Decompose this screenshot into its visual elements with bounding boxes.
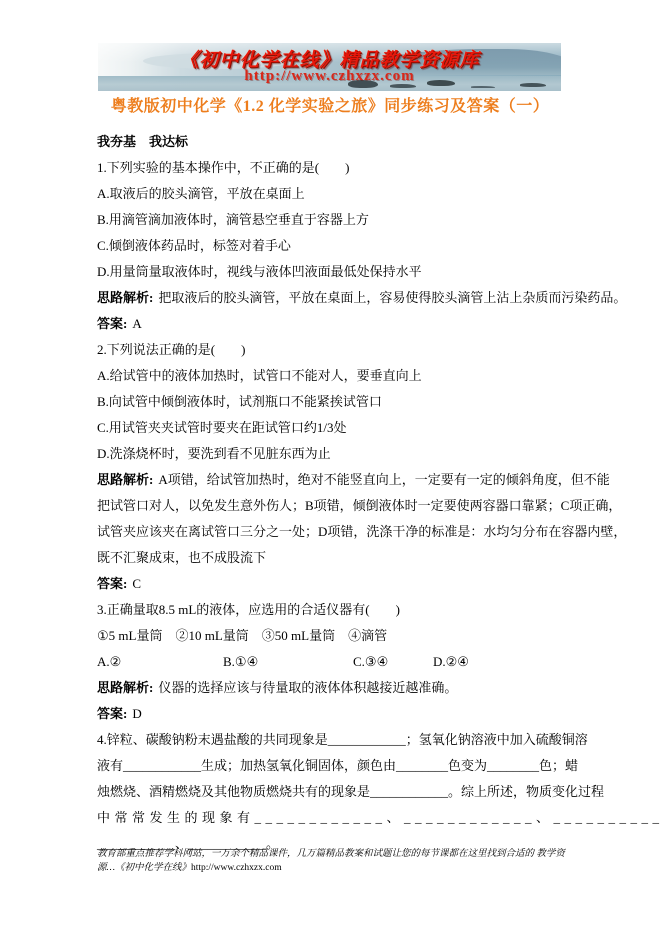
section-heading: 我夯基 我达标 [97,129,565,155]
labeled-line-text: A项错，给试管加热时，绝对不能竖直向上，一定要有一定的倾斜角度，但不能 [158,472,609,487]
bold-label: 答案: [97,706,127,721]
bold-label: 思路解析: [97,680,153,695]
footer-url[interactable]: http://www.czhxzx.com [191,863,282,873]
footer-text-line1: 教育部重点推荐学科网站，一万余个精品课件，几万篇精品教案和试题让您的每节课都在这… [97,849,534,859]
text-line: D.洗涤烧杯时，要洗到看不见脏东西为止 [97,441,565,467]
text-line: C.倾倒液体药品时，标签对着手心 [97,233,565,259]
labeled-line-text: 把取液后的胶头滴管，平放在桌面上，容易使得胶头滴管上沾上杂质而污染药品。 [158,290,626,305]
footer-note: 教育部重点推荐学科网站，一万余个精品课件，几万篇精品教案和试题让您的每节课都在这… [97,847,569,875]
labeled-line: 思路解析:仪器的选择应该与待量取的液体体积越接近越准确。 [97,675,565,701]
labeled-line: 思路解析:A项错，给试管加热时，绝对不能竖直向上，一定要有一定的倾斜角度，但不能 [97,467,565,493]
labeled-line: 思路解析:把取液后的胶头滴管，平放在桌面上，容易使得胶头滴管上沾上杂质而污染药品… [97,285,565,311]
text-line: 4.锌粒、碳酸钠粉末遇盐酸的共同现象是____________；氢氧化钠溶液中加… [97,727,565,753]
text-line: A.取液后的胶头滴管，平放在桌面上 [97,181,565,207]
options-row: A.②B.①④C.③④D.②④ [97,649,565,675]
text-line: 3.正确量取8.5 mL的液体，应选用的合适仪器有( ) [97,597,565,623]
document-page: 《初中化学在线》精品教学资源库 http://www.czhxzx.com 粤教… [0,0,661,935]
page-title: 粤教版初中化学《1.2 化学实验之旅》同步练习及答案（一） [80,93,580,116]
option-choice: A.② [97,649,121,675]
labeled-line: 答案:D [97,701,565,727]
bold-label: 思路解析: [97,472,153,487]
bold-label: 思路解析: [97,290,153,305]
text-line: 1.下列实验的基本操作中，不正确的是( ) [97,155,565,181]
text-line: ①5 mL量筒 ②10 mL量筒 ③50 mL量筒 ④滴管 [97,623,565,649]
text-line: B.向试管中倾倒液体时，试剂瓶口不能紧挨试管口 [97,389,565,415]
banner-site-url[interactable]: http://www.czhxzx.com [98,68,561,85]
bold-label: 答案: [97,576,127,591]
text-line: D.用量筒量取液体时，视线与液体凹液面最低处保持水平 [97,259,565,285]
labeled-line-text: C [132,576,141,591]
option-choice: D.②④ [433,649,469,675]
text-line: 中常常发生的现象有____________、____________、_____… [97,805,565,831]
text-line: A.给试管中的液体加热时，试管口不能对人，要垂直向上 [97,363,565,389]
text-line: C.用试管夹夹试管时要夹在距试管口约1/3处 [97,415,565,441]
worksheet-body: 我夯基 我达标1.下列实验的基本操作中，不正确的是( )A.取液后的胶头滴管，平… [97,129,565,857]
option-choice: C.③④ [353,649,388,675]
text-line: 把试管口对人，以免发生意外伤人；B项错，倾倒液体时一定要使两容器口靠紧；C项正确… [97,493,565,519]
text-line: 既不汇聚成束，也不成股流下 [97,545,565,571]
labeled-line: 答案:C [97,571,565,597]
text-line: 烛燃烧、酒精燃烧及其他物质燃烧共有的现象是____________。综上所述，物… [97,779,565,805]
labeled-line-text: D [132,706,141,721]
option-choice: B.①④ [223,649,258,675]
text-line: 试管夹应该夹在离试管口三分之一处；D项错，洗涤干净的标准是：水均匀分布在容器内壁… [97,519,565,545]
labeled-line: 答案:A [97,311,565,337]
labeled-line-text: A [132,316,141,331]
bold-label: 答案: [97,316,127,331]
text-line: 液有____________生成；加热氢氧化铜固体，颜色由________色变为… [97,753,565,779]
site-banner-image: 《初中化学在线》精品教学资源库 http://www.czhxzx.com [98,43,561,91]
labeled-line-text: 仪器的选择应该与待量取的液体体积越接近越准确。 [158,680,457,695]
text-line: 2.下列说法正确的是( ) [97,337,565,363]
text-line: B.用滴管滴加液体时，滴管悬空垂直于容器上方 [97,207,565,233]
